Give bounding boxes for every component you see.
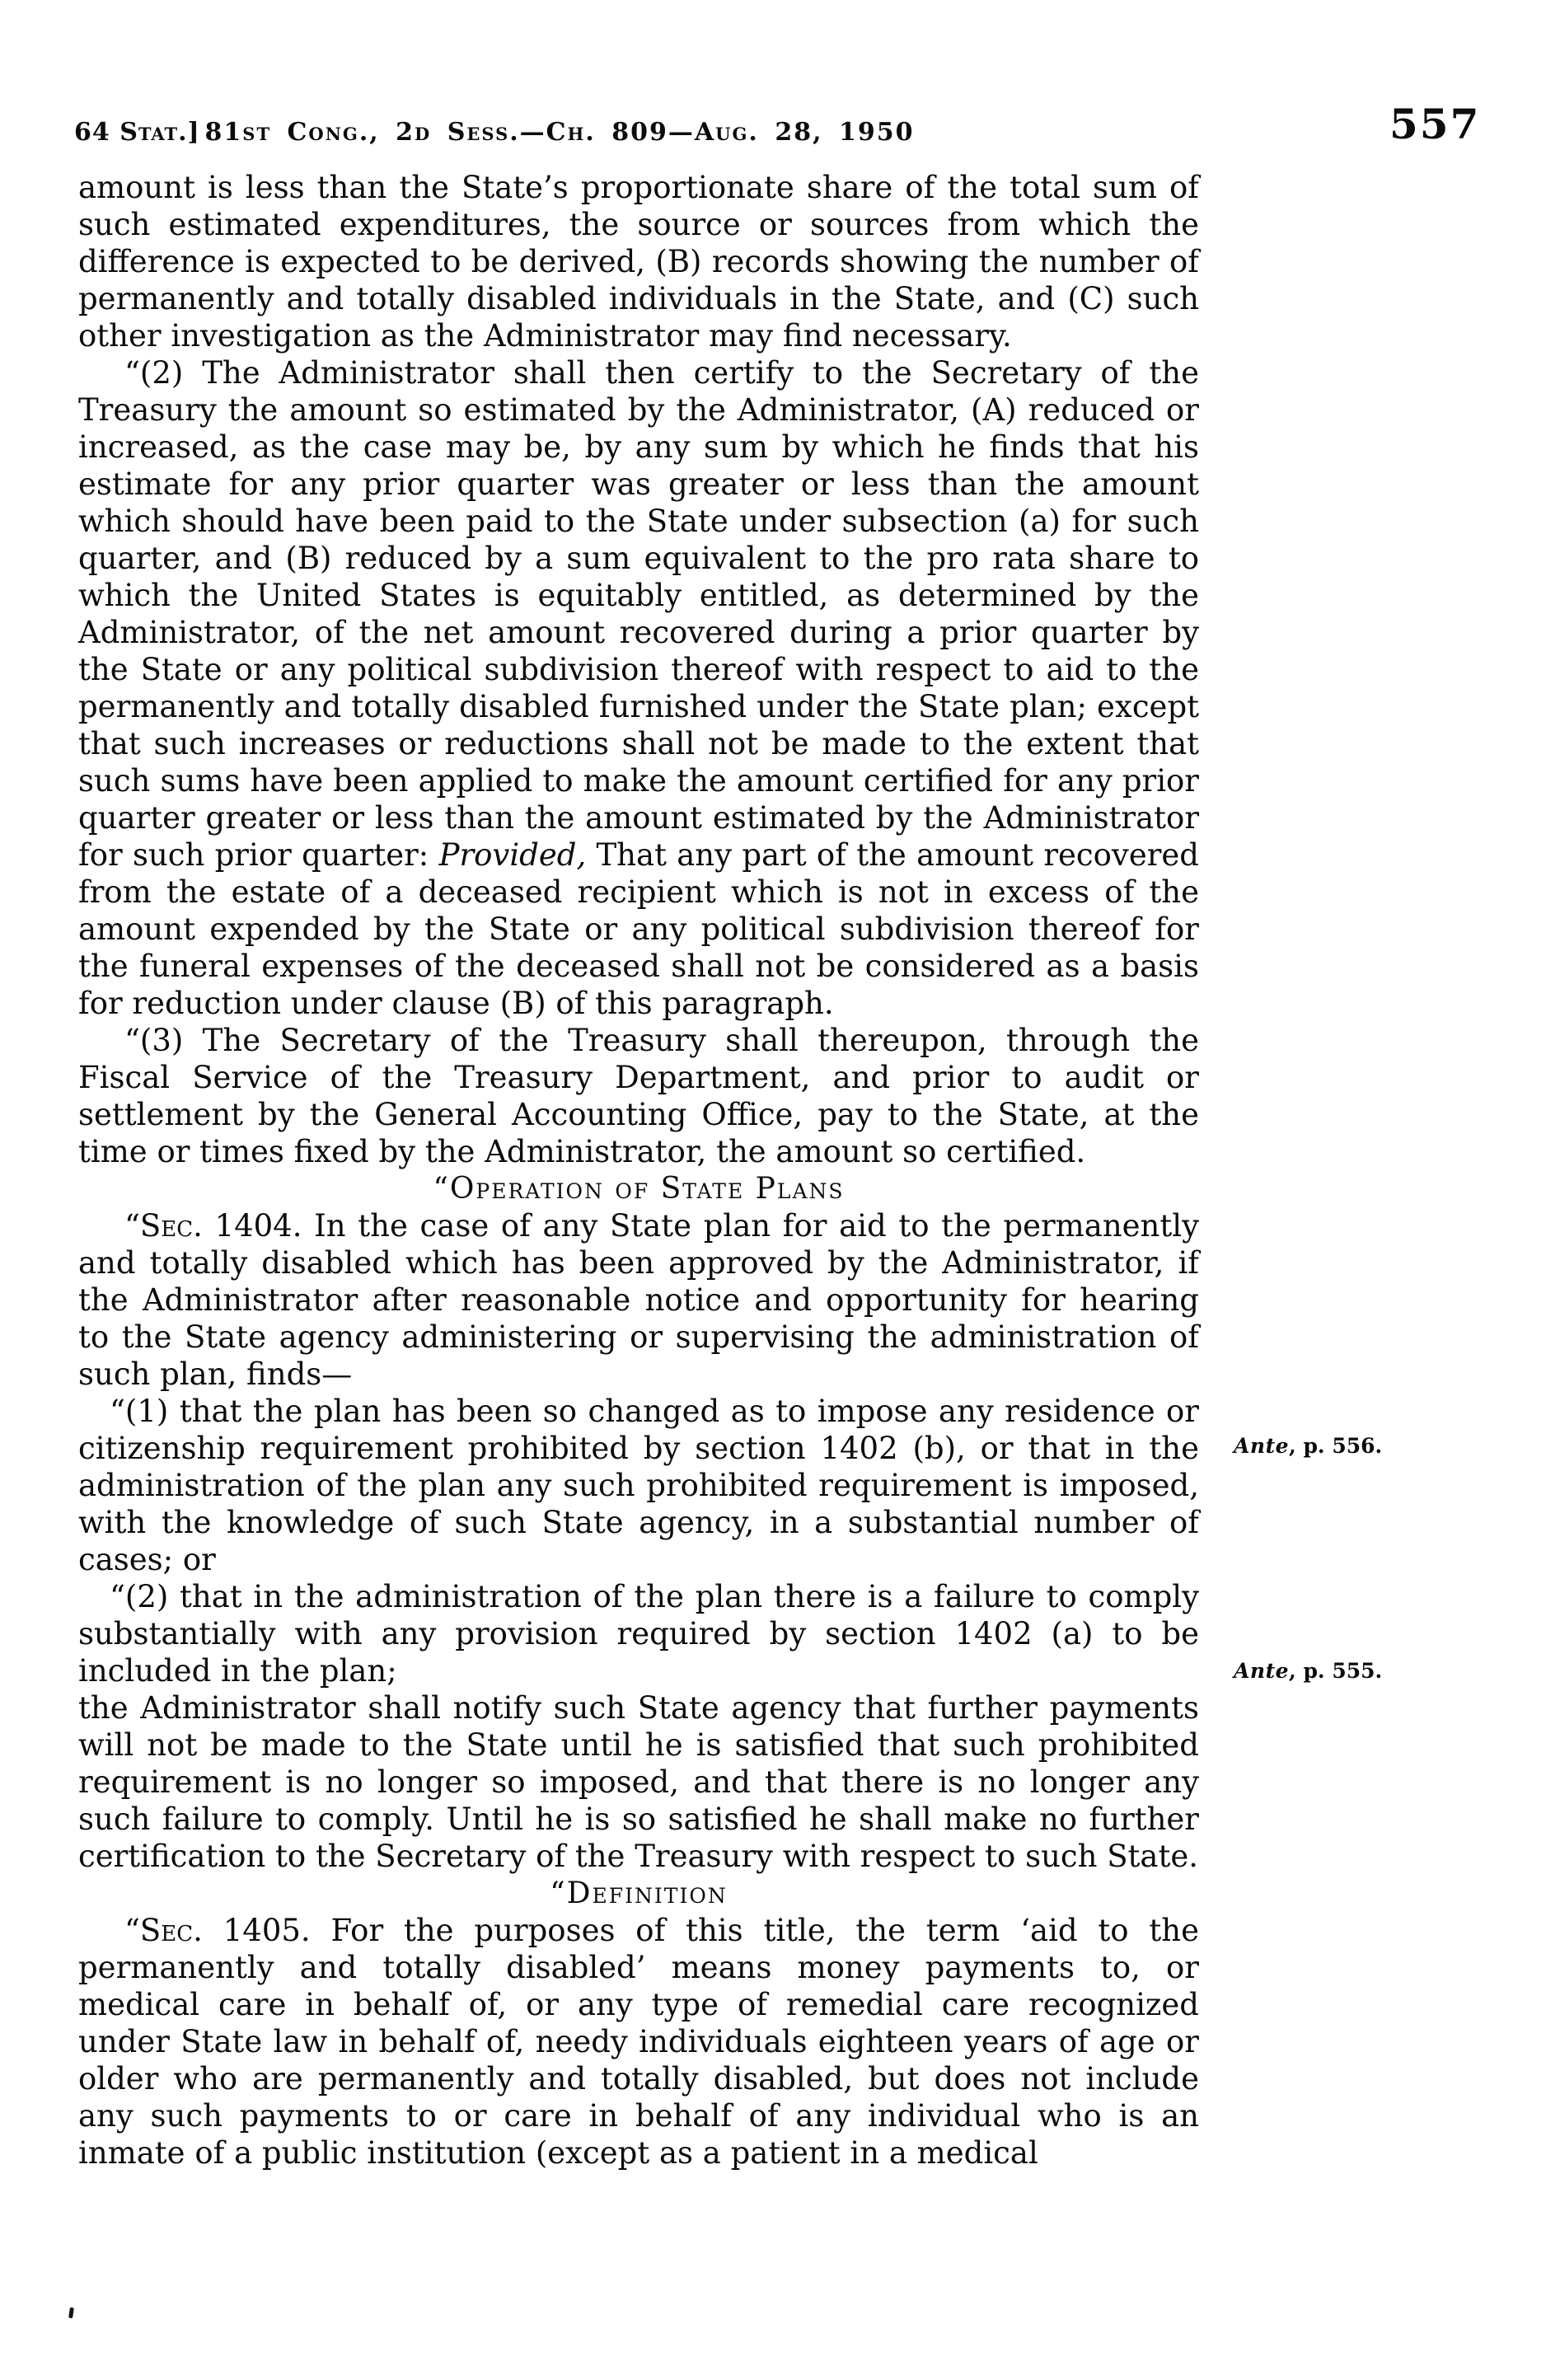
margin-note-2-page: , p. 555. <box>1289 1659 1382 1683</box>
ink-speck <box>68 2307 74 2319</box>
closing-paragraph: the Administrator shall notify such Stat… <box>78 1689 1199 1875</box>
statute-text: amount is less than the State’s proporti… <box>78 169 1199 2172</box>
margin-note-1: Ante, p. 556. <box>1234 1434 1448 1459</box>
page-number: 557 <box>1389 105 1480 143</box>
running-header: 64 Stat.] 81st Cong., 2d Sess.—Ch. 809—A… <box>0 114 1560 160</box>
clause-2: “(2) that in the administration of the p… <box>78 1578 1199 1689</box>
clause-1: “(1) that the plan has been so changed a… <box>78 1393 1199 1578</box>
section-1405-paragraph: “Sec. 1405. For the purposes of this tit… <box>78 1912 1199 2172</box>
paragraph-2: “(2) The Administrator shall then certif… <box>78 354 1199 1022</box>
provided-italic: Provided, <box>439 837 587 873</box>
margin-note-1-ante: Ante <box>1234 1434 1289 1458</box>
sec-1405-text: For the purposes of this title, the term… <box>78 1913 1199 2171</box>
header-session-line: 81st Cong., 2d Sess.—Ch. 809—Aug. 28, 19… <box>205 114 915 151</box>
section-heading-definition: “Definition <box>78 1875 1199 1912</box>
clause-1-wrap: “(1) that the plan has been so changed a… <box>78 1393 1199 1578</box>
statute-page: 64 Stat.] 81st Cong., 2d Sess.—Ch. 809—A… <box>0 0 1560 2380</box>
section-heading-operation: “Operation of State Plans <box>78 1170 1199 1207</box>
margin-note-2-ante: Ante <box>1234 1659 1289 1683</box>
margin-note-1-page: , p. 556. <box>1289 1434 1382 1458</box>
section-1404-paragraph: “Sec. 1404. In the case of any State pla… <box>78 1207 1199 1393</box>
header-volume: 64 Stat.] <box>74 114 200 151</box>
paragraph-2-pre: “(2) The Administrator shall then certif… <box>78 355 1199 873</box>
clause-2-wrap: “(2) that in the administration of the p… <box>78 1578 1199 1689</box>
margin-note-2: Ante, p. 555. <box>1234 1659 1448 1684</box>
continuation-paragraph: amount is less than the State’s proporti… <box>78 169 1199 354</box>
sec-1404-label: “Sec. 1404. <box>124 1208 302 1244</box>
sec-1405-label: “Sec. 1405. <box>124 1913 311 1948</box>
paragraph-3: “(3) The Secretary of the Treasury shall… <box>78 1022 1199 1170</box>
